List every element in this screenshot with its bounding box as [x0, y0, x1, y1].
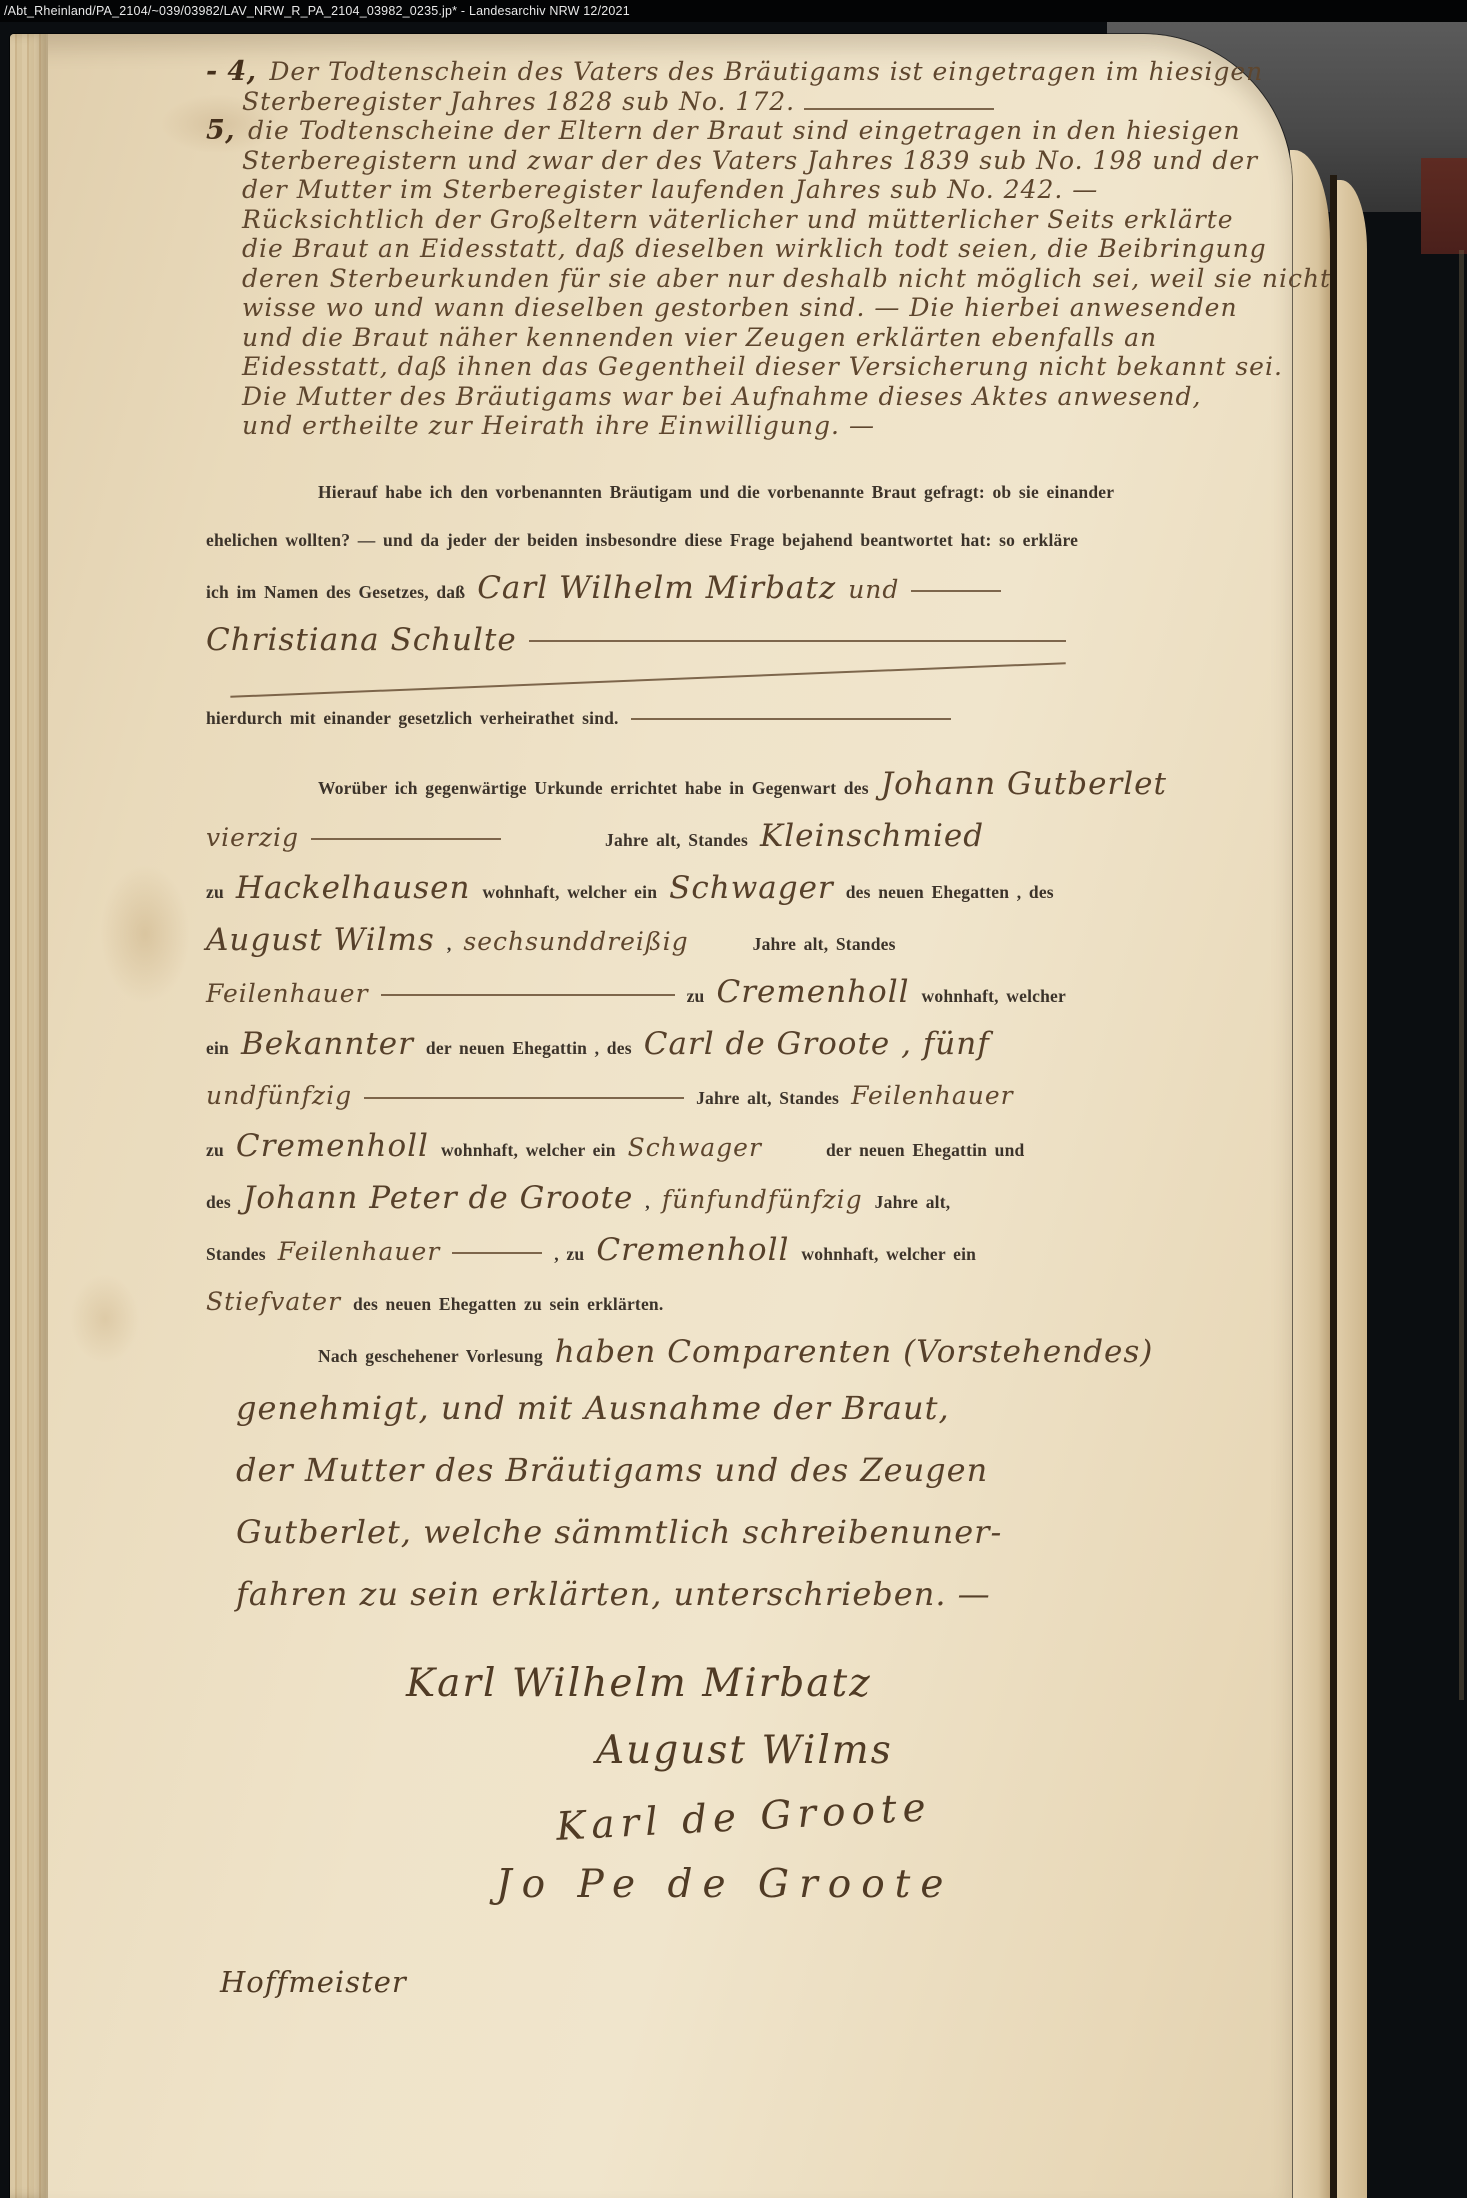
printed-text: Jahre alt, Standes — [605, 816, 748, 864]
document-line: genehmigt, und mit Ausnahme der Braut, — [206, 1380, 1066, 1442]
document-line: zuCremenhollwohnhaft, welcher einSchwage… — [206, 1122, 1066, 1174]
handwritten-fill: Johann Gutberlet — [881, 760, 1167, 808]
document-line: Karl de Groote — [206, 1788, 1066, 1855]
document-line: 5, die Todtenscheine der Eltern der Brau… — [206, 117, 1066, 147]
document-line: FeilenhauerzuCremenhollwohnhaft, welcher — [206, 968, 1066, 1020]
handwritten-text: Rücksichtlich der Großeltern väterlicher… — [242, 205, 1234, 234]
document-line: vierzigJahre alt, StandesKleinschmied — [206, 812, 1066, 864]
handwritten-fill: Cremenholl — [236, 1122, 429, 1170]
document-line: ehelichen wollten? — und da jeder der be… — [206, 516, 1066, 564]
document-line: Sterberegistern und zwar der des Vaters … — [206, 147, 1066, 177]
handwritten-text: und ertheilte zur Heirath ihre Einwillig… — [242, 411, 875, 440]
book-cover-maroon — [1421, 158, 1467, 254]
ink-rule — [230, 660, 1065, 698]
document-line: desJohann Peter de Groote,fünfundfünfzig… — [206, 1174, 1066, 1226]
printed-text: Worüber ich gegenwärtige Urkunde erricht… — [318, 764, 869, 812]
handwritten-text: die Todtenscheine der Eltern der Braut s… — [239, 116, 1241, 145]
scanned-page: - 4, Der Todtenschein des Vaters des Brä… — [10, 34, 1292, 2198]
handwritten-text: Eidesstatt, daß ihnen das Gegentheil die… — [242, 352, 1283, 381]
handwritten-fill: der Mutter des Bräutigams und des Zeugen — [236, 1451, 988, 1489]
archive-viewer-window: { "title_bar": { "text": "/Abt_Rheinland… — [0, 0, 1467, 2198]
document-line: und ertheilte zur Heirath ihre Einwillig… — [206, 412, 1066, 442]
handwritten-fill: Carl Wilhelm Mirbatz — [477, 564, 836, 612]
printed-text: Nach geschehener Vorlesung — [318, 1332, 543, 1380]
window-title-bar: /Abt_Rheinland/PA_2104/~039/03982/LAV_NR… — [0, 0, 1467, 22]
document-line: der Mutter im Sterberegister laufenden J… — [206, 176, 1066, 206]
printed-text: hierdurch mit einander gesetzlich verhei… — [206, 694, 619, 742]
document-line: Karl Wilhelm Mirbatz — [206, 1654, 1066, 1721]
handwritten-fill: Kleinschmied — [760, 812, 984, 860]
printed-text: zu — [206, 868, 224, 916]
document-line: undfünfzigJahre alt, StandesFeilenhauer — [206, 1072, 1066, 1122]
signature-text: Karl Wilhelm Mirbatz — [406, 1661, 872, 1706]
signature-text: August Wilms — [596, 1728, 893, 1773]
handwritten-text: Stiefvater — [206, 1278, 341, 1326]
handwritten-text: Schwager — [628, 1124, 762, 1172]
document-line: - 4, Der Todtenschein des Vaters des Brä… — [206, 58, 1066, 88]
document-line: Hierauf habe ich den vorbenannten Bräuti… — [206, 468, 1066, 516]
handwritten-fill: fahren zu sein erklärten, unterschrieben… — [236, 1575, 991, 1613]
handwritten-fill: genehmigt, und mit Ausnahme der Braut, — [236, 1389, 950, 1427]
paper-stain — [70, 1274, 140, 1364]
document-content: - 4, Der Todtenschein des Vaters des Brä… — [206, 58, 1066, 2017]
item-number: - 4, — [206, 56, 260, 87]
handwritten-fill: Hackelhausen — [236, 864, 471, 912]
handwritten-fill: August Wilms — [206, 916, 435, 964]
document-line: der Mutter des Bräutigams und des Zeugen — [206, 1442, 1066, 1504]
ink-rule — [381, 992, 675, 996]
handwritten-text: Feilenhauer — [278, 1228, 441, 1276]
document-line: Eidesstatt, daß ihnen das Gegentheil die… — [206, 353, 1066, 383]
document-line: Worüber ich gegenwärtige Urkunde erricht… — [206, 760, 1066, 812]
printed-text: ehelichen wollten? — und da jeder der be… — [206, 516, 1078, 564]
document-line: August Wilms — [206, 1721, 1066, 1788]
window-title: /Abt_Rheinland/PA_2104/~039/03982/LAV_NR… — [4, 4, 630, 18]
page-stack-edge — [1290, 150, 1330, 2198]
paper-stain — [100, 864, 190, 1004]
page-left-edges — [10, 34, 48, 2198]
document-line: Gutberlet, welche sämmtlich schreibenune… — [206, 1504, 1066, 1566]
printed-text: wohnhaft, welcher ein — [801, 1230, 976, 1278]
handwritten-text: sechsunddreißig — [463, 918, 688, 966]
document-line: einBekannterder neuen Ehegattin , desCar… — [206, 1020, 1066, 1072]
book-edge-highlight — [1459, 250, 1464, 1700]
document-line: Christiana Schulte — [206, 616, 1066, 664]
handwritten-text: Sterberegister Jahres 1828 sub No. 172. — [242, 87, 804, 116]
printed-text: , zu — [554, 1230, 584, 1278]
printed-text: der neuen Ehegattin und — [826, 1126, 1025, 1174]
document-line: wisse wo und wann dieselben gestorben si… — [206, 294, 1066, 324]
document-line: und die Braut näher kennenden vier Zeuge… — [206, 324, 1066, 354]
printed-text: des — [206, 1178, 231, 1226]
handwritten-fill: Christiana Schulte — [206, 616, 517, 664]
page-stack-edge — [1337, 180, 1367, 2198]
printed-text: zu — [206, 1126, 224, 1174]
ink-rule — [452, 1250, 542, 1254]
handwritten-text: Die Mutter des Bräutigams war bei Aufnah… — [242, 382, 1201, 411]
ink-rule — [364, 1095, 684, 1099]
handwritten-text: vierzig — [206, 814, 299, 862]
document-line: hierdurch mit einander gesetzlich verhei… — [206, 694, 1066, 742]
document-line: August Wilms,sechsunddreißigJahre alt, S… — [206, 916, 1066, 968]
document-line: Nach geschehener Vorlesunghaben Comparen… — [206, 1328, 1066, 1380]
handwritten-fill: Cremenholl — [716, 968, 909, 1016]
printed-text: ein — [206, 1024, 229, 1072]
signature-text: Jo Pe de Groote — [496, 1862, 953, 1907]
document-line: fahren zu sein erklärten, unterschrieben… — [206, 1566, 1066, 1628]
document-line: Sterberegister Jahres 1828 sub No. 172. — [206, 88, 1066, 118]
ink-rule — [911, 588, 1001, 592]
handwritten-text: und die Braut näher kennenden vier Zeuge… — [242, 323, 1157, 352]
printed-text: wohnhaft, welcher ein — [441, 1126, 616, 1174]
document-line: zuHackelhausenwohnhaft, welcher einSchwa… — [206, 864, 1066, 916]
ink-rule — [804, 106, 994, 110]
printed-text: Jahre alt, — [875, 1178, 951, 1226]
printed-text: wohnhaft, welcher — [922, 972, 1066, 1020]
signature-text: Hoffmeister — [220, 1965, 407, 1999]
document-line — [206, 664, 1066, 694]
handwritten-text: fünfundfünfzig — [662, 1176, 863, 1224]
ink-rule — [311, 836, 501, 840]
handwritten-text: Feilenhauer — [851, 1072, 1014, 1120]
handwritten-text: der Mutter im Sterberegister laufenden J… — [242, 175, 1098, 204]
handwritten-fill: Cremenholl — [596, 1226, 789, 1274]
handwritten-text: Der Todtenschein des Vaters des Bräutiga… — [260, 57, 1263, 86]
printed-text: Standes — [206, 1230, 266, 1278]
handwritten-fill: Carl de Groote , fünf — [644, 1020, 990, 1068]
signature-text: Karl de Groote — [555, 1778, 933, 1858]
printed-text: , — [645, 1178, 650, 1226]
printed-text: wohnhaft, welcher ein — [482, 868, 657, 916]
document-line: Jo Pe de Groote — [206, 1855, 1066, 1922]
document-line: Hoffmeister — [206, 1952, 1066, 2017]
printed-text: zu — [687, 972, 705, 1020]
handwritten-fill: Gutberlet, welche sämmtlich schreibenune… — [236, 1513, 1002, 1551]
ink-rule — [529, 638, 1066, 642]
handwritten-text: die Braut an Eidesstatt, daß dieselben w… — [242, 234, 1267, 263]
printed-text: ich im Namen des Gesetzes, daß — [206, 568, 465, 616]
handwritten-text: wisse wo und wann dieselben gestorben si… — [242, 293, 1238, 322]
handwritten-fill: Bekannter — [241, 1020, 414, 1068]
printed-text: Hierauf habe ich den vorbenannten Bräuti… — [318, 468, 1114, 516]
page-stack-gap — [1330, 175, 1337, 2198]
document-line: Die Mutter des Bräutigams war bei Aufnah… — [206, 383, 1066, 413]
handwritten-fill: Johann Peter de Groote — [243, 1174, 633, 1222]
handwritten-fill: Schwager — [669, 864, 834, 912]
document-line: ich im Namen des Gesetzes, daßCarl Wilhe… — [206, 564, 1066, 616]
printed-text: der neuen Ehegattin , des — [426, 1024, 632, 1072]
handwritten-text: Sterberegistern und zwar der des Vaters … — [242, 146, 1258, 175]
document-line: StandesFeilenhauer, zuCremenhollwohnhaft… — [206, 1226, 1066, 1278]
printed-text: Jahre alt, Standes — [753, 920, 896, 968]
printed-text: Jahre alt, Standes — [696, 1074, 839, 1122]
printed-text: des neuen Ehegatten zu sein erklärten. — [353, 1280, 663, 1328]
handwritten-text: Feilenhauer — [206, 970, 369, 1018]
document-line: Rücksichtlich der Großeltern väterlicher… — [206, 206, 1066, 236]
handwritten-fill: haben Comparenten (Vorstehendes) — [555, 1328, 1154, 1376]
printed-text: , — [447, 920, 452, 968]
handwritten-text: undfünfzig — [206, 1072, 352, 1120]
document-line: Stiefvaterdes neuen Ehegatten zu sein er… — [206, 1278, 1066, 1328]
ink-rule — [631, 716, 951, 720]
document-line: die Braut an Eidesstatt, daß dieselben w… — [206, 235, 1066, 265]
document-line: deren Sterbeurkunden für sie aber nur de… — [206, 265, 1066, 295]
handwritten-text: deren Sterbeurkunden für sie aber nur de… — [242, 264, 1331, 293]
printed-text: des neuen Ehegatten , des — [846, 868, 1054, 916]
handwritten-text: und — [848, 566, 899, 614]
item-number: 5, — [206, 115, 239, 146]
